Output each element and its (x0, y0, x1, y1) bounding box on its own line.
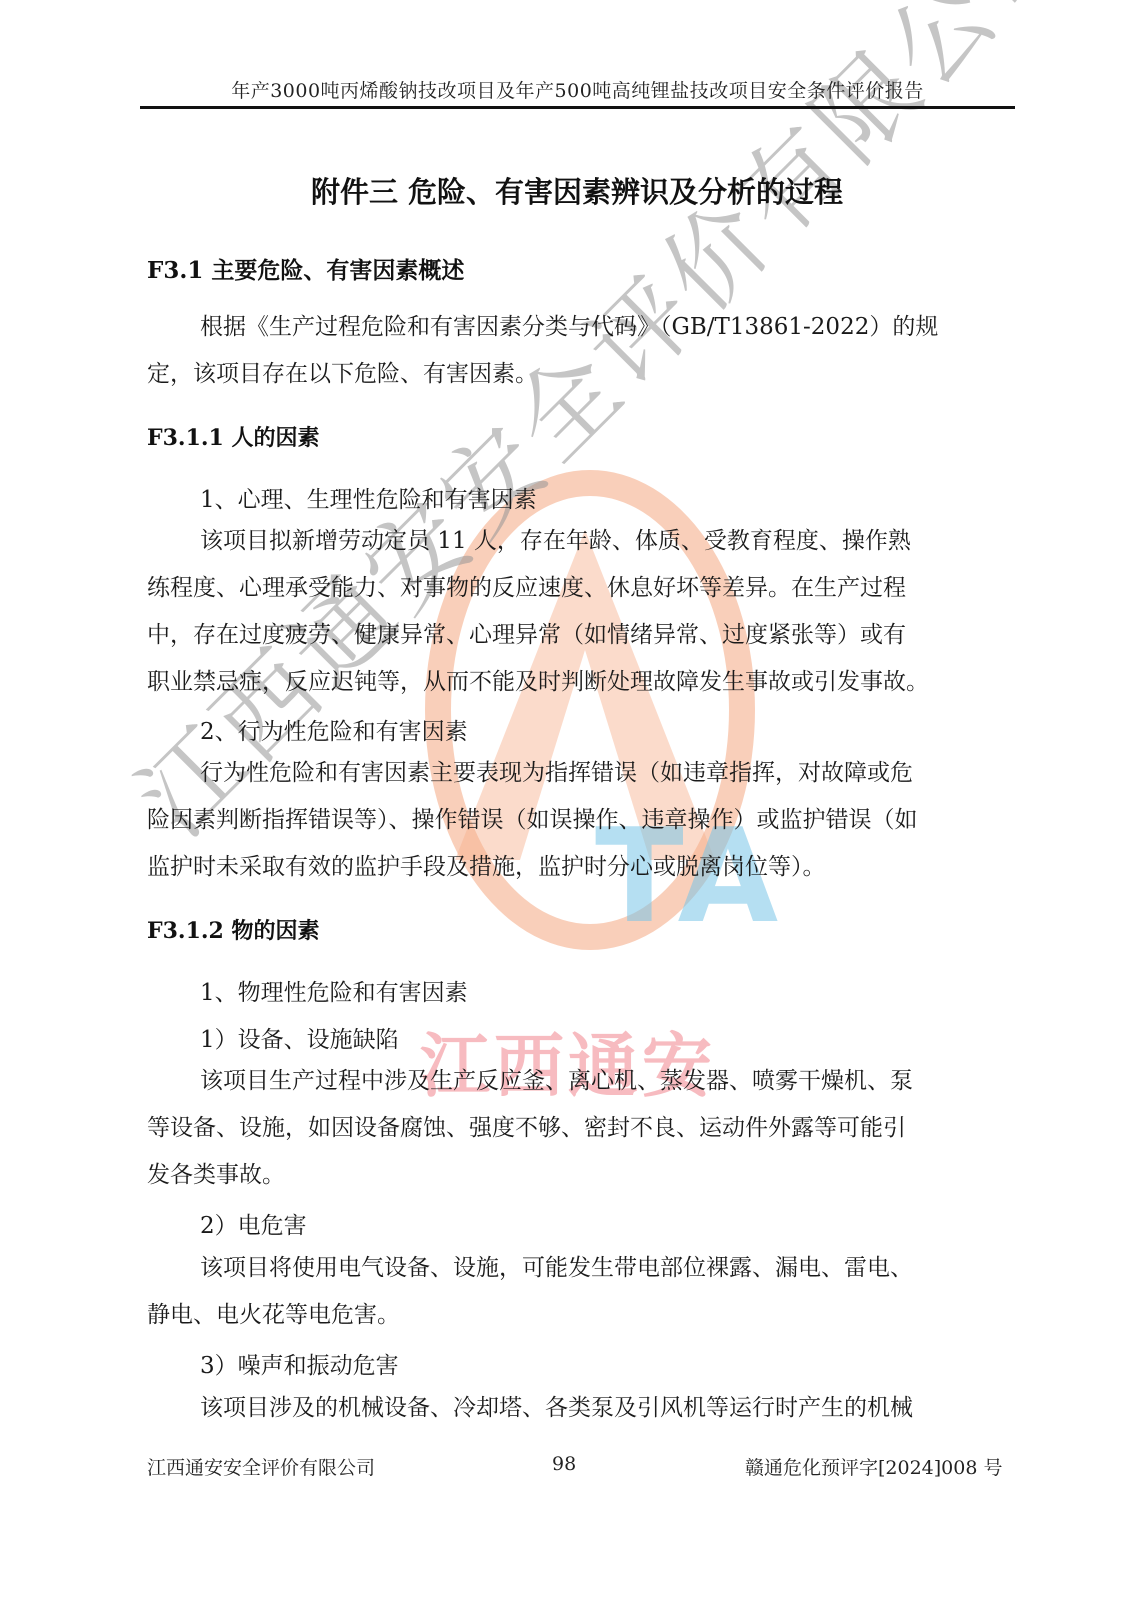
paragraph-line: 等设备、设施，如因设备腐蚀、强度不够、密封不良、运动件外露等可能引 (147, 1105, 1007, 1152)
item-label: 3）噪声和振动危害 (200, 1347, 399, 1380)
item-paragraph: 行为性危险和有害因素主要表现为指挥错误（如违章指挥，对故障或危 险因素判断指挥错… (147, 750, 1007, 891)
paragraph-line: 职业禁忌症，反应迟钝等，从而不能及时判断处理故障发生事故或引发事故。 (147, 659, 1007, 706)
page-number: 98 (552, 1453, 576, 1475)
item-paragraph: 该项目涉及的机械设备、冷却塔、各类泵及引风机等运行时产生的机械 (147, 1385, 1007, 1432)
paragraph-line: 定，该项目存在以下危险、有害因素。 (147, 351, 1007, 398)
item-label: 2、行为性危险和有害因素 (200, 713, 468, 746)
section-paragraph: 根据《生产过程危险和有害因素分类与代码》（GB/T13861-2022）的规 定… (147, 304, 1007, 398)
report-number: 赣通危化预评字[2024]008 号 (745, 1453, 1002, 1480)
header-rule (140, 106, 1015, 109)
paragraph-line: 练程度、心理承受能力、对事物的反应速度、休息好坏等差异。在生产过程 (147, 565, 1007, 612)
paragraph-line: 根据《生产过程危险和有害因素分类与代码》（GB/T13861-2022）的规 (147, 304, 1007, 351)
section-heading-f3-1-2: F3.1.2 物的因素 (147, 914, 320, 945)
item-label: 1）设备、设施缺陷 (200, 1021, 399, 1054)
item-label: 1、物理性危险和有害因素 (200, 974, 468, 1007)
paragraph-line: 险因素判断指挥错误等）、操作错误（如误操作、违章操作）或监护错误（如 (147, 797, 1007, 844)
section-heading-f3-1-1: F3.1.1 人的因素 (147, 421, 320, 452)
paragraph-line: 静电、电火花等电危害。 (147, 1292, 1007, 1339)
section-heading-f3-1: F3.1 主要危险、有害因素概述 (147, 252, 464, 285)
paragraph-line: 该项目拟新增劳动定员 11 人，存在年龄、体质、受教育程度、操作熟 (147, 518, 1007, 565)
appendix-title: 附件三 危险、有害因素辨识及分析的过程 (147, 170, 1007, 211)
document-page: TA 江西通安 江西通安安全评价有限公司 年产3000吨丙烯酸钠技改项目及年产5… (0, 0, 1131, 1600)
item-label: 1、心理、生理性危险和有害因素 (200, 481, 537, 514)
paragraph-line: 该项目生产过程中涉及生产反应釜、离心机、蒸发器、喷雾干燥机、泵 (147, 1058, 1007, 1105)
paragraph-line: 监护时未采取有效的监护手段及措施，监护时分心或脱离岗位等）。 (147, 844, 1007, 891)
item-paragraph: 该项目生产过程中涉及生产反应釜、离心机、蒸发器、喷雾干燥机、泵 等设备、设施，如… (147, 1058, 1007, 1199)
paragraph-line: 行为性危险和有害因素主要表现为指挥错误（如违章指挥，对故障或危 (147, 750, 1007, 797)
running-header: 年产3000吨丙烯酸钠技改项目及年产500吨高纯锂盐技改项目安全条件评价报告 (140, 76, 1015, 103)
paragraph-line: 中，存在过度疲劳、健康异常、心理异常（如情绪异常、过度紧张等）或有 (147, 612, 1007, 659)
item-label: 2）电危害 (200, 1207, 307, 1240)
item-paragraph: 该项目将使用电气设备、设施，可能发生带电部位裸露、漏电、雷电、 静电、电火花等电… (147, 1245, 1007, 1339)
paragraph-line: 发各类事故。 (147, 1152, 1007, 1199)
paragraph-line: 该项目将使用电气设备、设施，可能发生带电部位裸露、漏电、雷电、 (147, 1245, 1007, 1292)
footer-company: 江西通安安全评价有限公司 (147, 1453, 375, 1480)
paragraph-line: 该项目涉及的机械设备、冷却塔、各类泵及引风机等运行时产生的机械 (147, 1385, 1007, 1432)
item-paragraph: 该项目拟新增劳动定员 11 人，存在年龄、体质、受教育程度、操作熟 练程度、心理… (147, 518, 1007, 706)
